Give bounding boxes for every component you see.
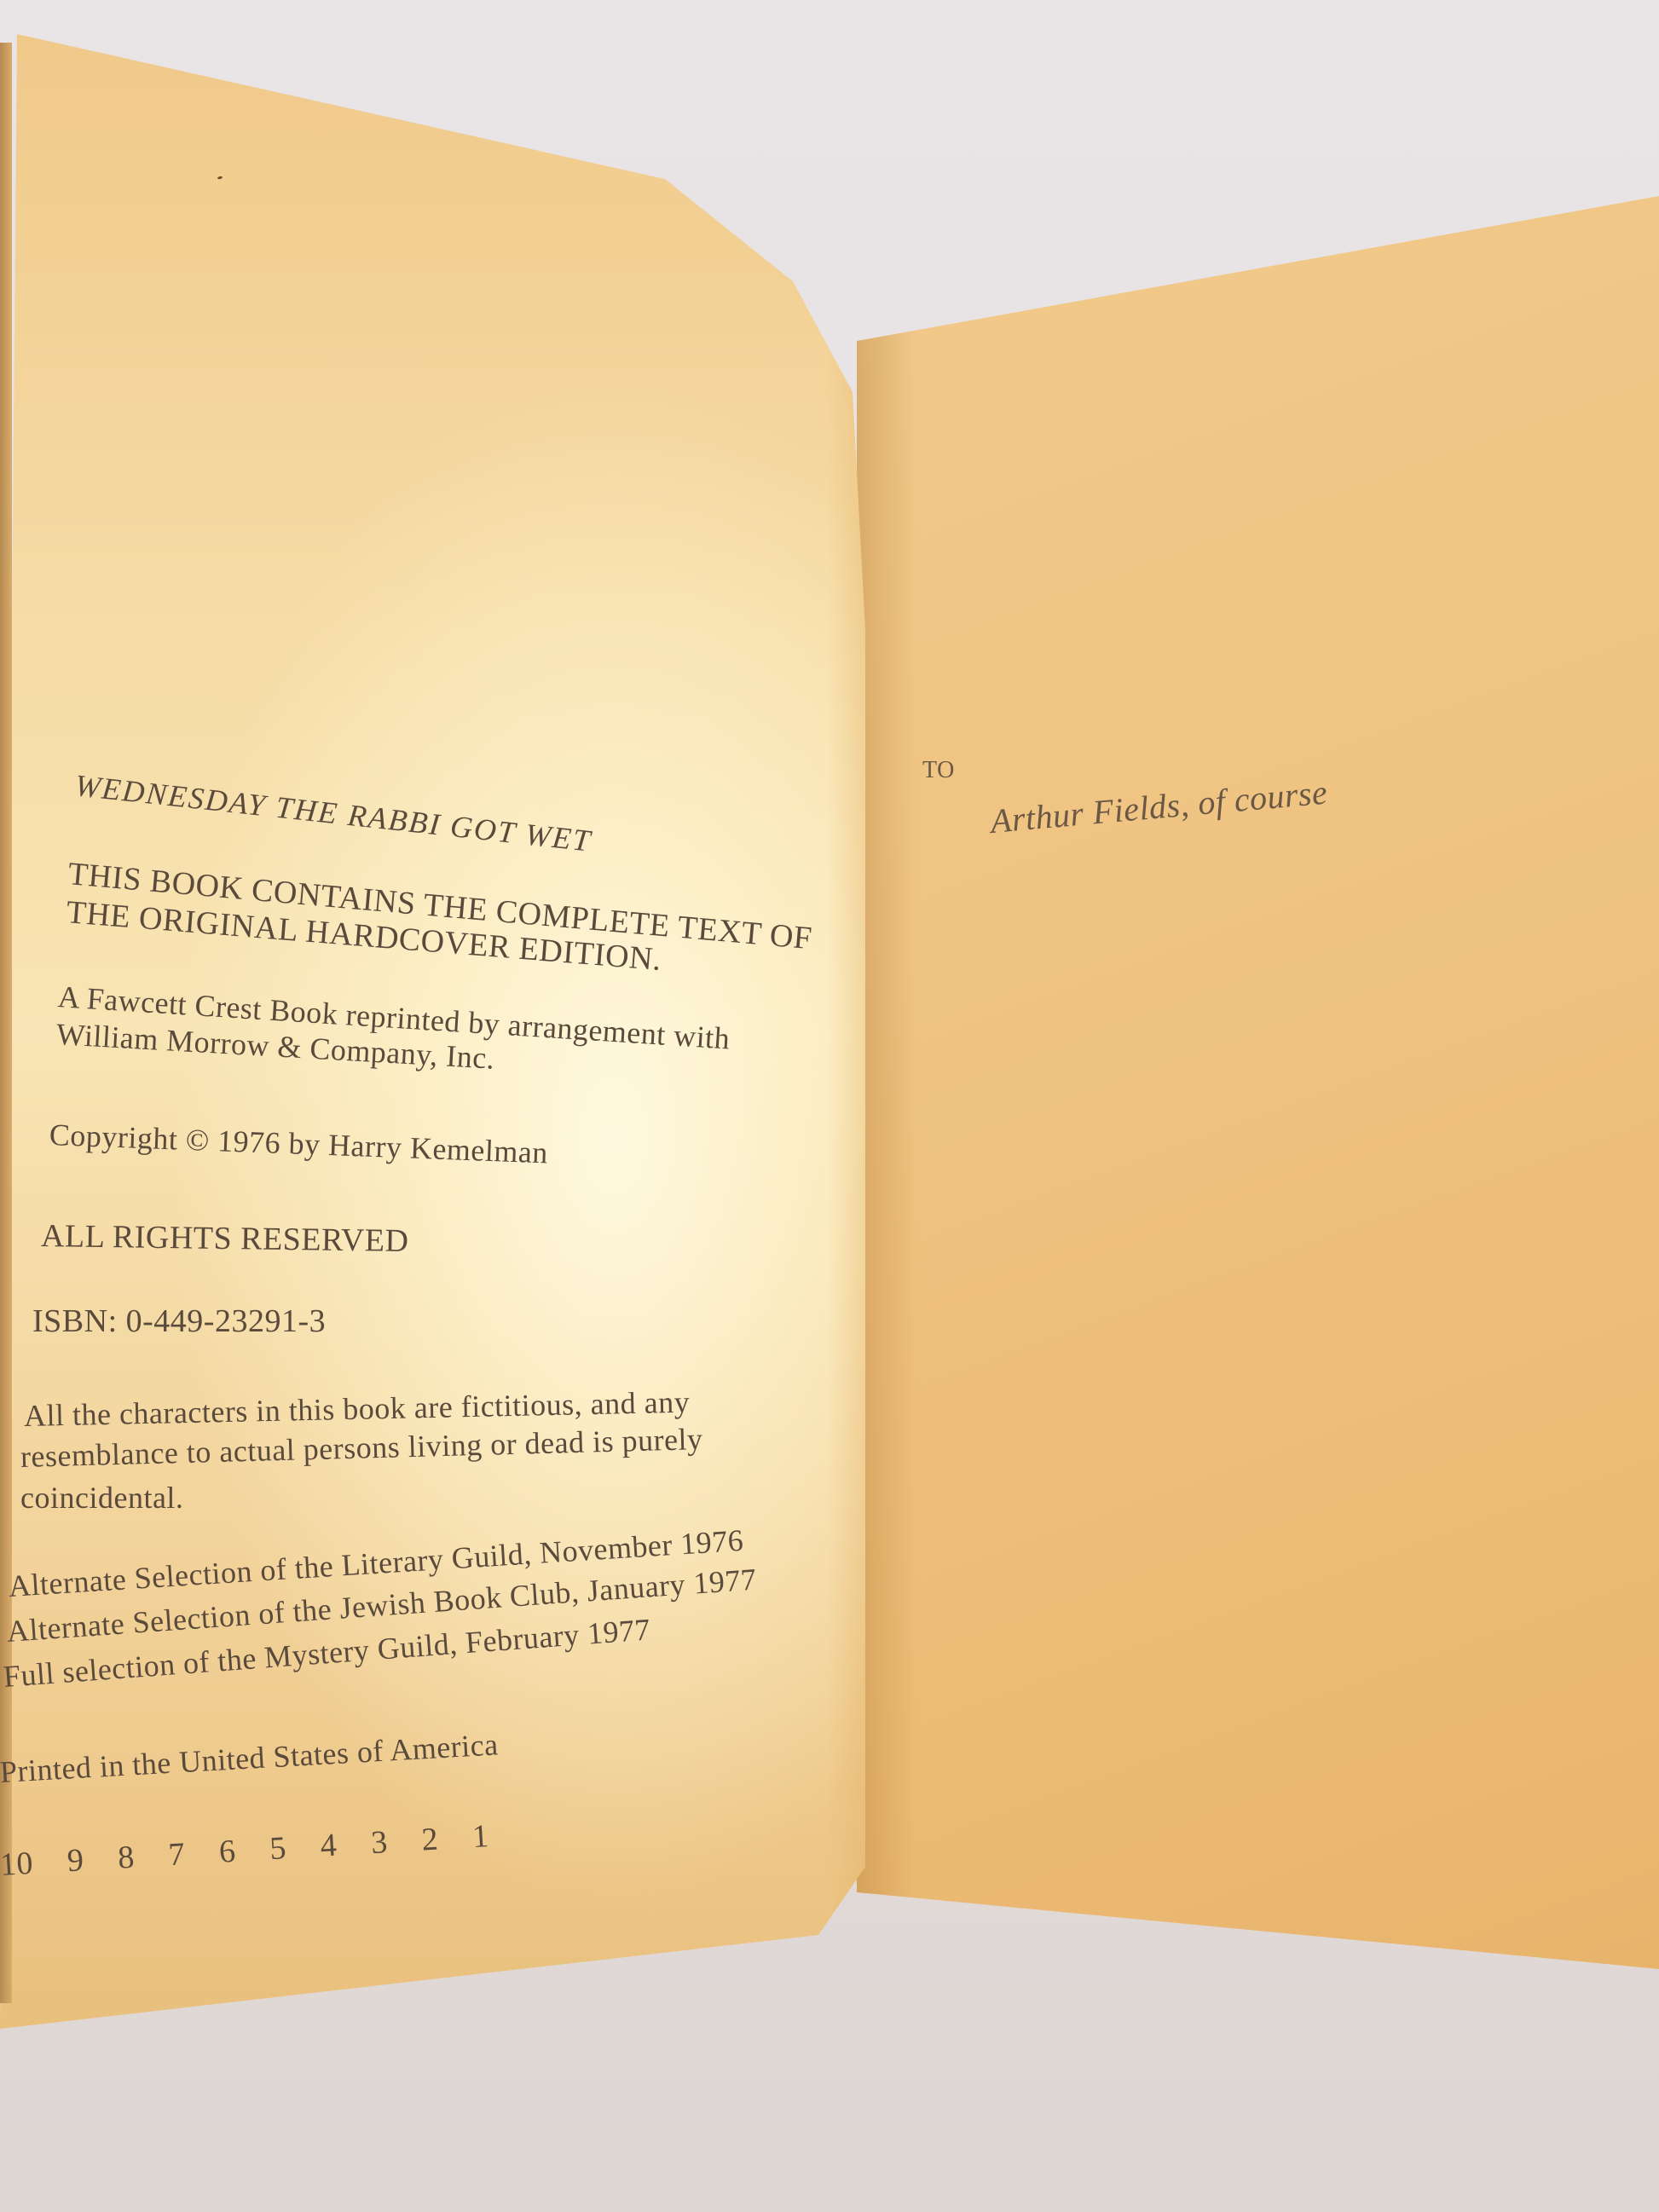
disclaimer-line-3: coincidental. <box>20 1480 183 1516</box>
rights-reserved: ALL RIGHTS RESERVED <box>41 1217 409 1260</box>
dedication-page <box>857 196 1659 1969</box>
isbn: ISBN: 0-449-23291-3 <box>32 1302 326 1340</box>
page-stack-edge <box>0 43 12 2003</box>
dedication-to-label: TO <box>922 757 955 784</box>
